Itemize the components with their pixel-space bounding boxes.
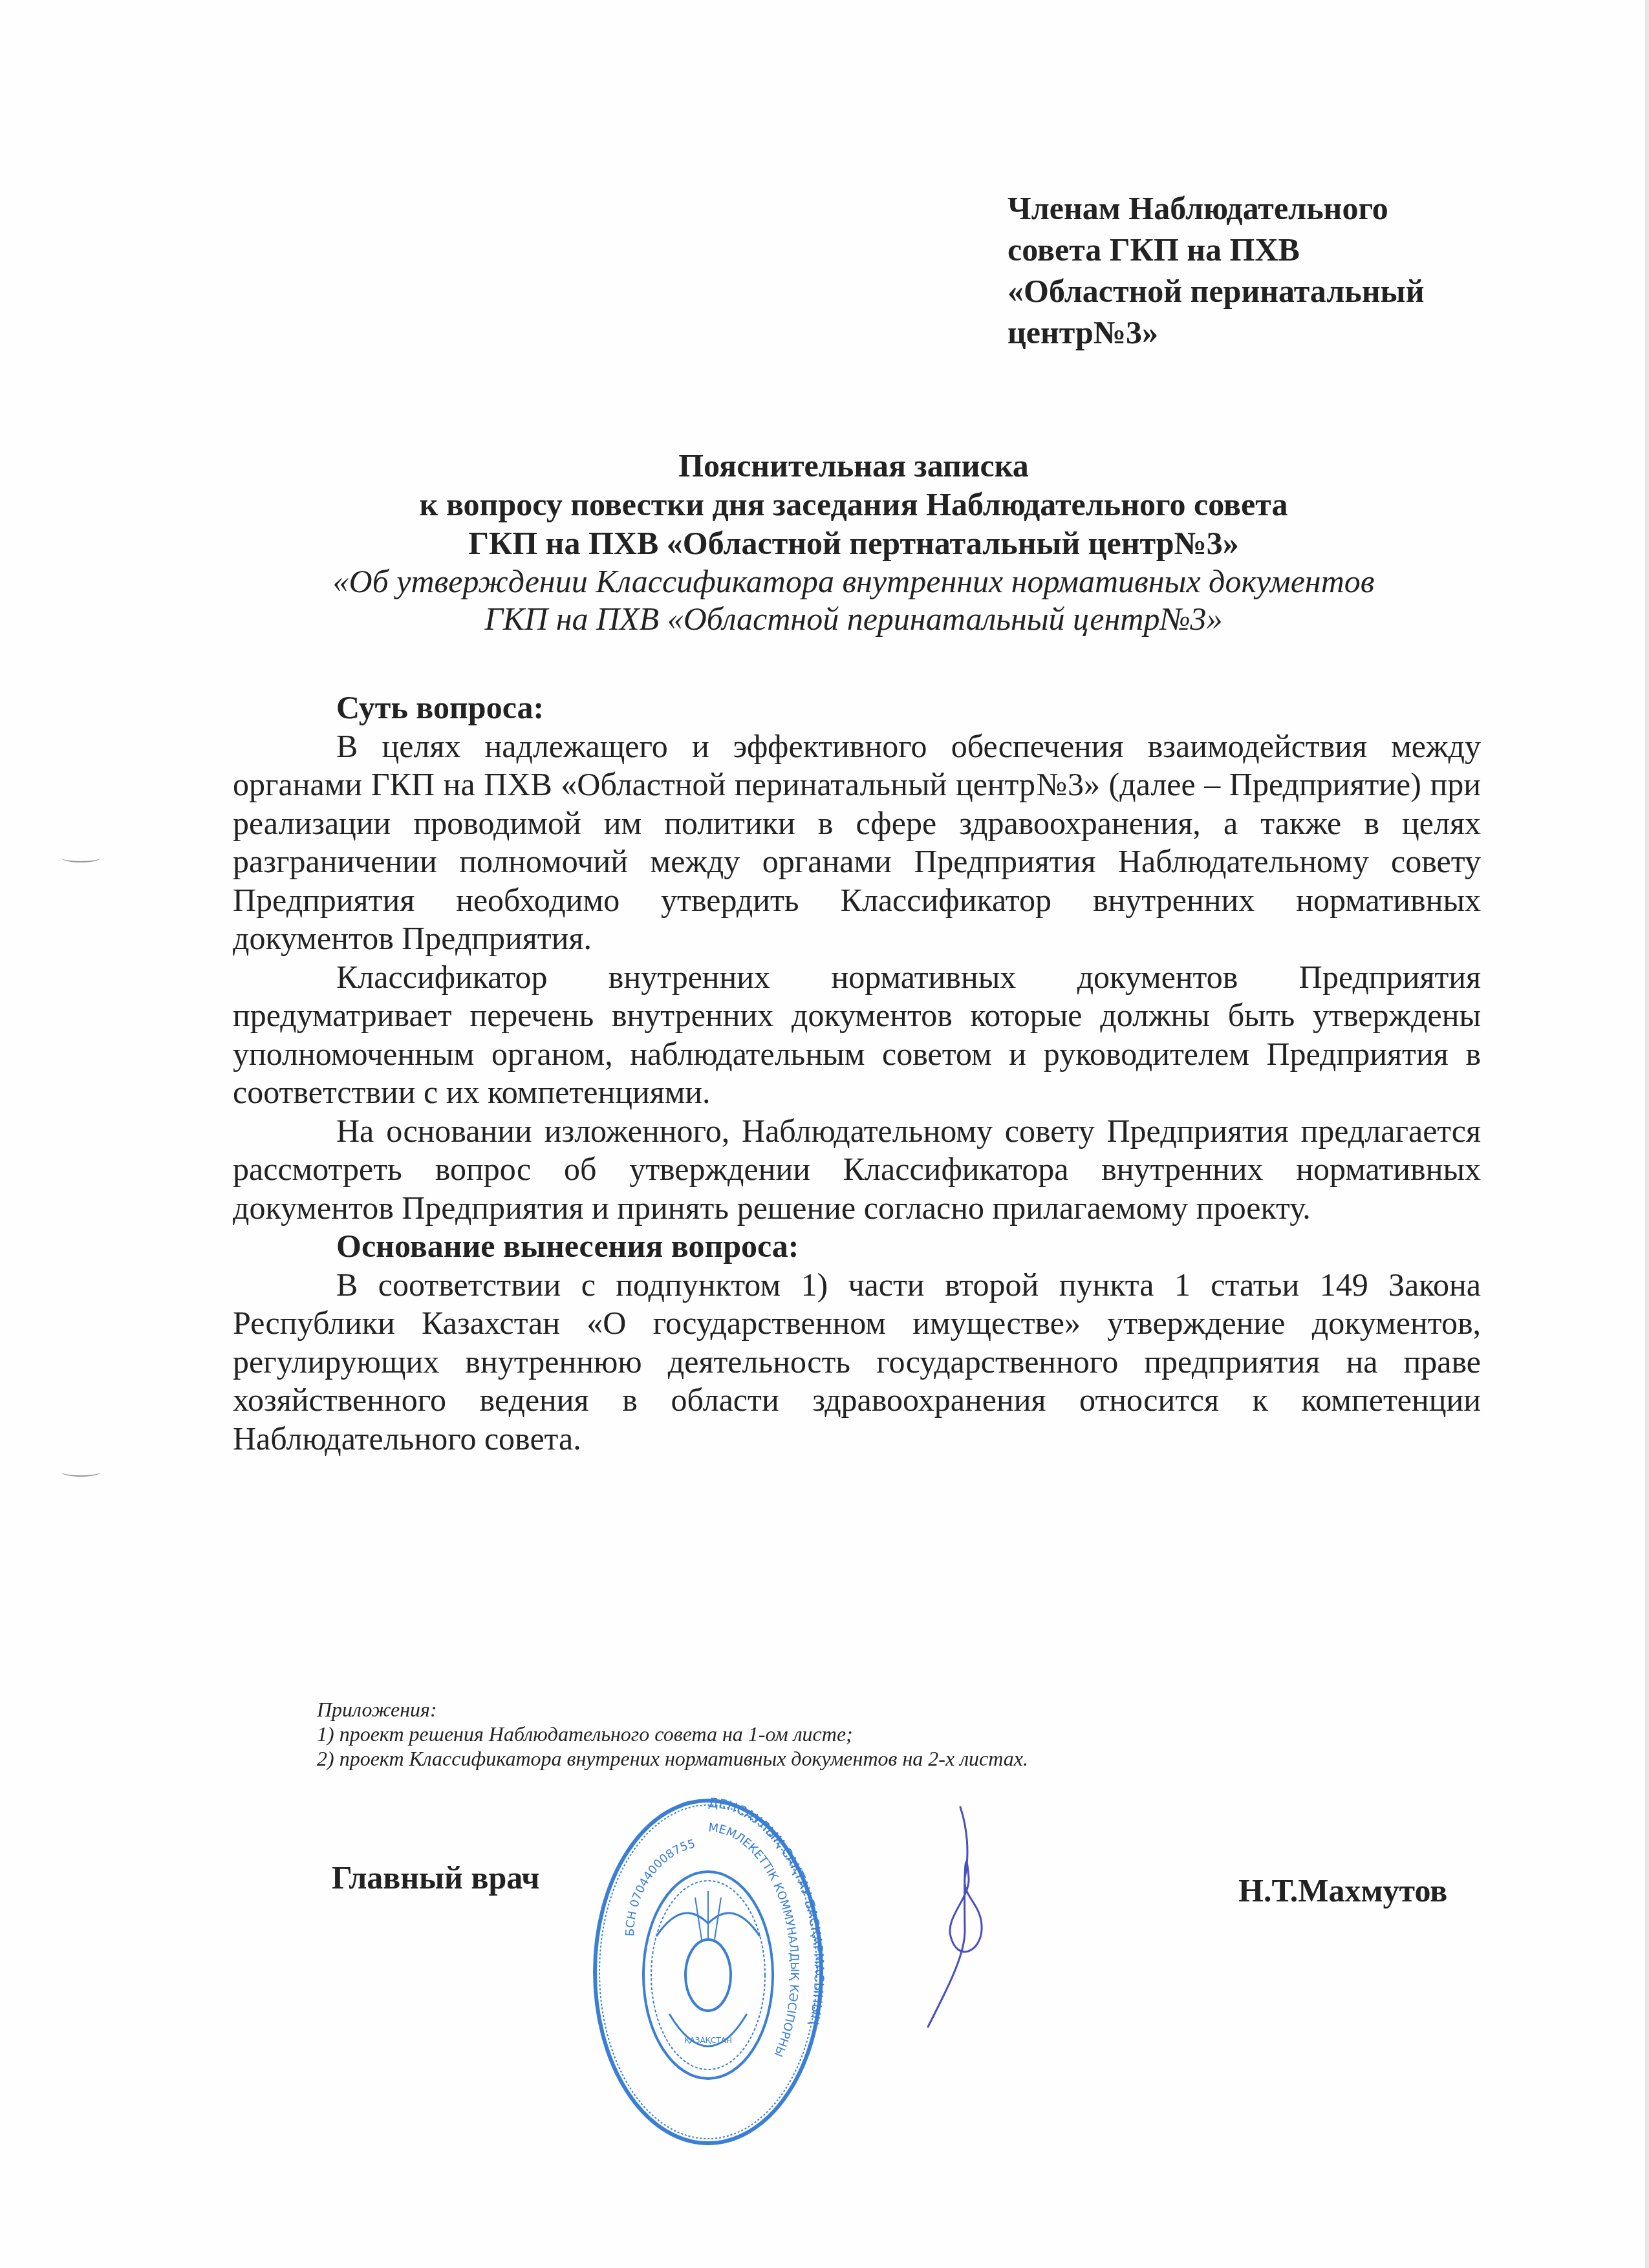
svg-text:ҚАЗАҚСТАН: ҚАЗАҚСТАН [684,2036,732,2045]
essence-heading: Суть вопроса: [233,689,1481,727]
body-paragraph: На основании изложенного, Наблюдательном… [233,1112,1481,1228]
addressee-line: Членам Наблюдательного [1008,187,1538,229]
basis-paragraph: В соответствии с подпунктом 1) части вто… [233,1266,1481,1459]
body-paragraph: В целях надлежащего и эффективного обесп… [233,727,1481,958]
signatory-position: Главный врач [332,1859,539,1896]
attachments-list: Приложения: 1) проект решения Наблюдател… [317,1697,1352,1771]
addressee-block: Членам Наблюдательного совета ГКП на ПХВ… [1008,187,1538,353]
addressee-line: совета ГКП на ПХВ [1008,229,1538,270]
document-page: Членам Наблюдательного совета ГКП на ПХВ… [0,0,1649,2268]
subject-line: ГКП на ПХВ «Областной перинатальный цент… [220,600,1487,637]
title-line: к вопросу повестки дня заседания Наблюда… [220,485,1487,524]
attachments-heading: Приложения: [317,1697,1352,1722]
scan-edge [1645,0,1649,2268]
body-paragraph: Классификатор внутренних нормативных док… [233,958,1481,1112]
official-stamp-icon: ДЕНСАУЛЫҚ САҚТАУ БАСҚАРМАСЫНЫҢ МЕМЛЕКЕТТ… [585,1781,831,2150]
subject-line: «Об утверждении Классификатора внутренни… [220,562,1487,600]
title-line: ГКП на ПХВ «Областной пертнатальный цент… [220,524,1487,562]
document-body: Суть вопроса: В целях надлежащего и эффе… [233,689,1481,1458]
handwritten-signature-icon [925,1801,1002,2033]
document-title: Пояснительная записка к вопросу повестки… [220,446,1487,637]
addressee-line: центр№3» [1008,312,1538,353]
attachment-item: 1) проект решения Наблюдательного совета… [317,1722,1352,1746]
basis-heading: Основание вынесения вопроса: [233,1227,1481,1266]
addressee-line: «Областной перинатальный [1008,270,1538,312]
svg-text:БСН 070440008755: БСН 070440008755 [623,1837,697,1936]
punch-hole-mark [61,853,100,862]
signatory-name: Н.Т.Махмутов [1238,1872,1447,1909]
punch-hole-mark [61,1468,100,1477]
attachment-item: 2) проект Классификатора внутрених норма… [317,1746,1352,1771]
title-line: Пояснительная записка [220,446,1487,485]
